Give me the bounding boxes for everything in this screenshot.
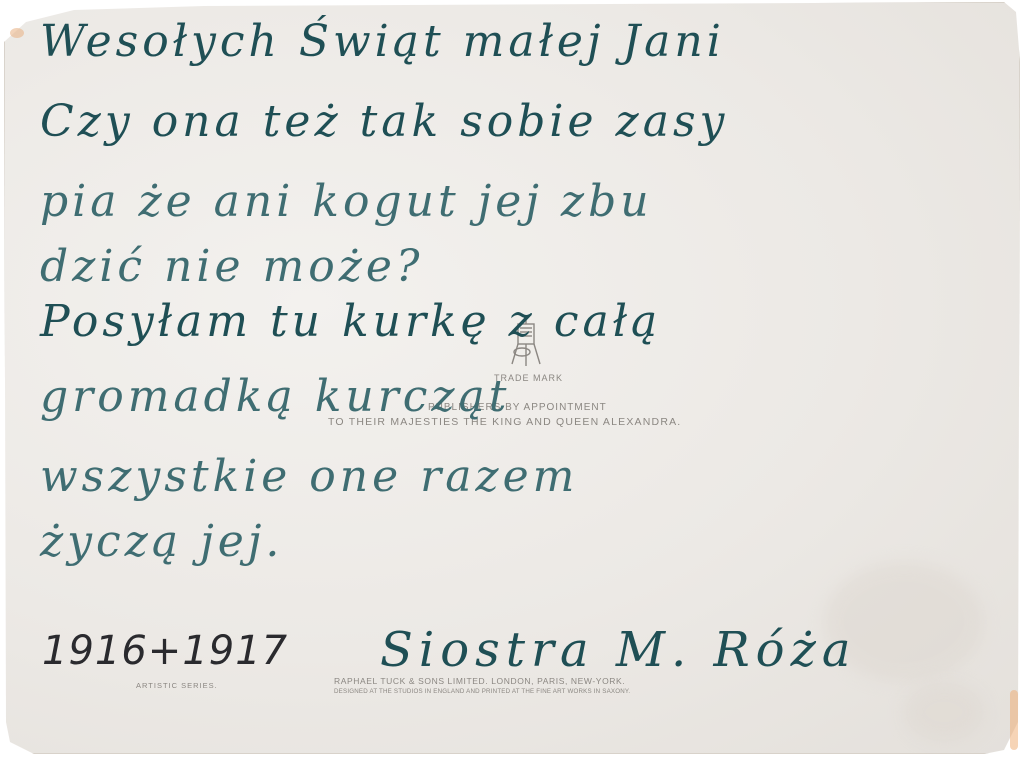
stain <box>904 682 984 742</box>
handwriting-line-2: Czy ona też tak sobie zasy <box>40 100 728 144</box>
designed-printed-line: DESIGNED AT THE STUDIOS IN ENGLAND AND P… <box>334 688 630 695</box>
handwriting-line-7: wszystkie one razem <box>40 455 578 499</box>
handwriting-line-8: życzą jej. <box>40 520 283 564</box>
publisher-company-line: RAPHAEL TUCK & SONS LIMITED. LONDON, PAR… <box>334 676 625 686</box>
signature: Siostra M. Róża <box>380 622 856 678</box>
handwriting-line-3: pia że ani kogut jej zbu <box>40 180 653 224</box>
edge-stain <box>10 28 24 38</box>
handwriting-line-1: Wesołych Świąt małej Jani <box>40 20 725 64</box>
handwriting-line-4: dzić nie może? <box>40 245 424 289</box>
handwriting-line-6: gromadką kurcząt <box>40 375 510 419</box>
handwriting-line-5: Posyłam tu kurkę z całą <box>40 300 661 344</box>
edge-stain <box>1010 690 1018 750</box>
series-label: ARTISTIC SERIES. <box>136 681 218 690</box>
pencil-date: 1916+1917 <box>42 628 288 674</box>
